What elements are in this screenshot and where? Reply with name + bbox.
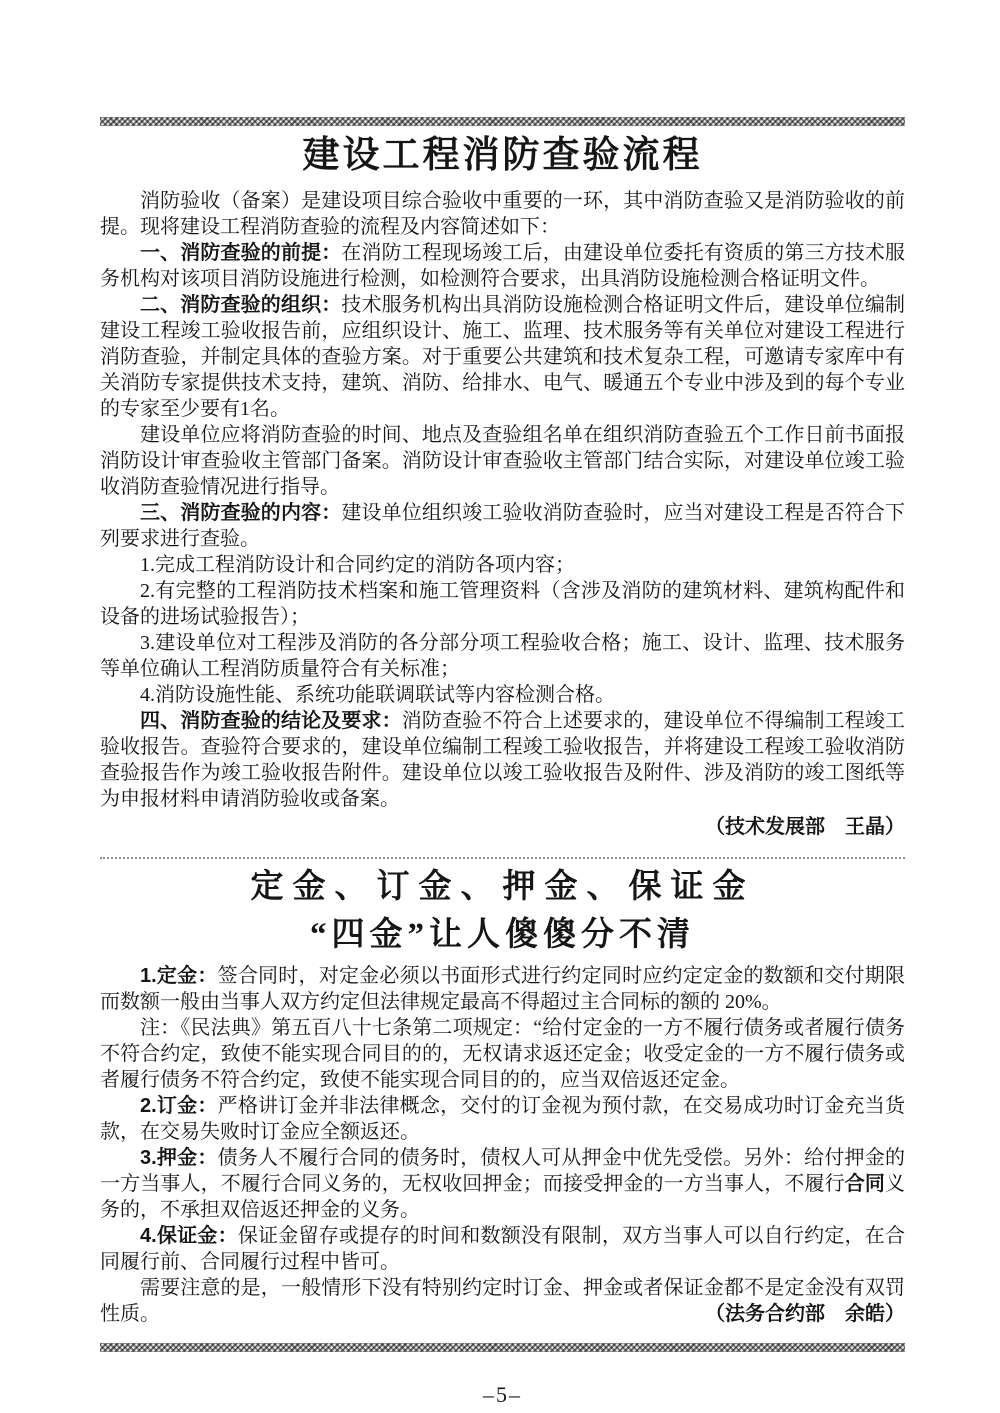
article1-paragraph: 一、消防查验的前提：在消防工程现场竣工后，由建设单位委托有资质的第三方技术服务机…: [100, 240, 905, 292]
article1-list-item: 3.建设单位对工程涉及消防的各分部分项工程验收合格；施工、设计、监理、技术服务等…: [100, 630, 905, 682]
article2-note-paragraph: 注：《民法典》第五百八十七条第二项规定：“给付定金的一方不履行债务或者履行债务不…: [100, 1015, 905, 1093]
paragraph-text: 消防验收（备案）是建设项目综合验收中重要的一环，其中消防查验又是消防验收的前提。…: [100, 190, 905, 238]
article2-paragraph: 1.定金：签合同时，对定金必须以书面形式进行约定同时应约定定金的数额和交付期限而…: [100, 963, 905, 1015]
article1-paragraph: 二、消防查验的组织：技术服务机构出具消防设施检测合格证明文件后，建设单位编制建设…: [100, 292, 905, 422]
paragraph-text: 2.有完整的工程消防技术档案和施工管理资料（含涉及消防的建筑材料、建筑构配件和设…: [100, 580, 905, 628]
term-lead: 2.订金：: [140, 1095, 218, 1117]
term-lead: 4.保证金：: [140, 1225, 238, 1247]
section-lead: 四、消防查验的结论及要求：: [140, 710, 402, 732]
paragraph-text: 建设单位应将消防查验的时间、地点及查验组名单在组织消防查验五个工作日前书面报消防…: [100, 424, 905, 498]
article2-paragraph: 3.押金：债务人不履行合同的债务时，债权人可从押金中优先受偿。另外：给付押金的一…: [100, 1145, 905, 1223]
article2-paragraph: 2.订金：严格讲订金并非法律概念，交付的订金视为预付款，在交易成功时订金充当货款…: [100, 1093, 905, 1145]
article1-paragraph: 四、消防查验的结论及要求：消防查验不符合上述要求的，建设单位不得编制工程竣工验收…: [100, 708, 905, 812]
paragraph-text: 签合同时，对定金必须以书面形式进行约定同时应约定定金的数额和交付期限而数额一般由…: [100, 965, 905, 1013]
decorative-rule-bottom: [100, 1343, 905, 1352]
paragraph-text: 1.完成工程消防设计和合同约定的消防各项内容；: [140, 554, 575, 576]
article1-paragraph: 建设单位应将消防查验的时间、地点及查验组名单在组织消防查验五个工作日前书面报消防…: [100, 422, 905, 500]
emphasized-text: 合同: [845, 1173, 885, 1195]
article2-title-line2: “四金”让人傻傻分不清: [100, 911, 905, 959]
article2-paragraph: 4.保证金：保证金留存或提存的时间和数额没有限制，双方当事人可以自行约定，在合同…: [100, 1223, 905, 1275]
article2-byline: （法务合约部 余皓）: [705, 1301, 905, 1327]
term-lead: 1.定金：: [140, 965, 218, 987]
paragraph-text: 3.建设单位对工程涉及消防的各分部分项工程验收合格；施工、设计、监理、技术服务等…: [100, 632, 905, 680]
article1-title: 建设工程消防查验流程: [100, 132, 905, 180]
article1-paragraph: 三、消防查验的内容：建设单位组织竣工验收消防查验时，应当对建设工程是否符合下列要…: [100, 500, 905, 552]
article1-list-item: 2.有完整的工程消防技术档案和施工管理资料（含涉及消防的建筑材料、建筑构配件和设…: [100, 578, 905, 630]
section-lead: 三、消防查验的内容：: [140, 502, 341, 524]
paragraph-text: 注：《民法典》第五百八十七条第二项规定：“给付定金的一方不履行债务或者履行债务不…: [100, 1017, 905, 1091]
section-lead: 二、消防查验的组织：: [140, 294, 341, 316]
article2-closing-block: 需要注意的是，一般情形下没有特别约定时订金、押金或者保证金都不是定金没有双罚性质…: [100, 1275, 905, 1327]
paragraph-text: 债务人不履行合同的债务时，债权人可从押金中优先受偿。另外：给付押金的一方当事人，…: [100, 1147, 905, 1195]
article1-paragraph: 消防验收（备案）是建设项目综合验收中重要的一环，其中消防查验又是消防验收的前提。…: [100, 188, 905, 240]
page-number: –5–: [100, 1382, 905, 1408]
decorative-rule-top: [100, 117, 905, 126]
page-content: 建设工程消防查验流程 消防验收（备案）是建设项目综合验收中重要的一环，其中消防查…: [0, 117, 1000, 1408]
article-divider: [100, 857, 905, 859]
article1-list-item: 1.完成工程消防设计和合同约定的消防各项内容；: [100, 552, 905, 578]
article2-title-line1: 定金、订金、押金、保证金: [100, 863, 905, 911]
section-lead: 一、消防查验的前提：: [140, 242, 341, 264]
term-lead: 3.押金：: [140, 1147, 218, 1169]
article1-byline: （技术发展部 王晶）: [100, 814, 905, 841]
paragraph-text: 4.消防设施性能、系统功能联调联试等内容检测合格。: [140, 684, 615, 706]
paragraph-text: 严格讲订金并非法律概念，交付的订金视为预付款，在交易成功时订金充当货款，在交易失…: [100, 1095, 905, 1143]
article1-list-item: 4.消防设施性能、系统功能联调联试等内容检测合格。: [100, 682, 905, 708]
